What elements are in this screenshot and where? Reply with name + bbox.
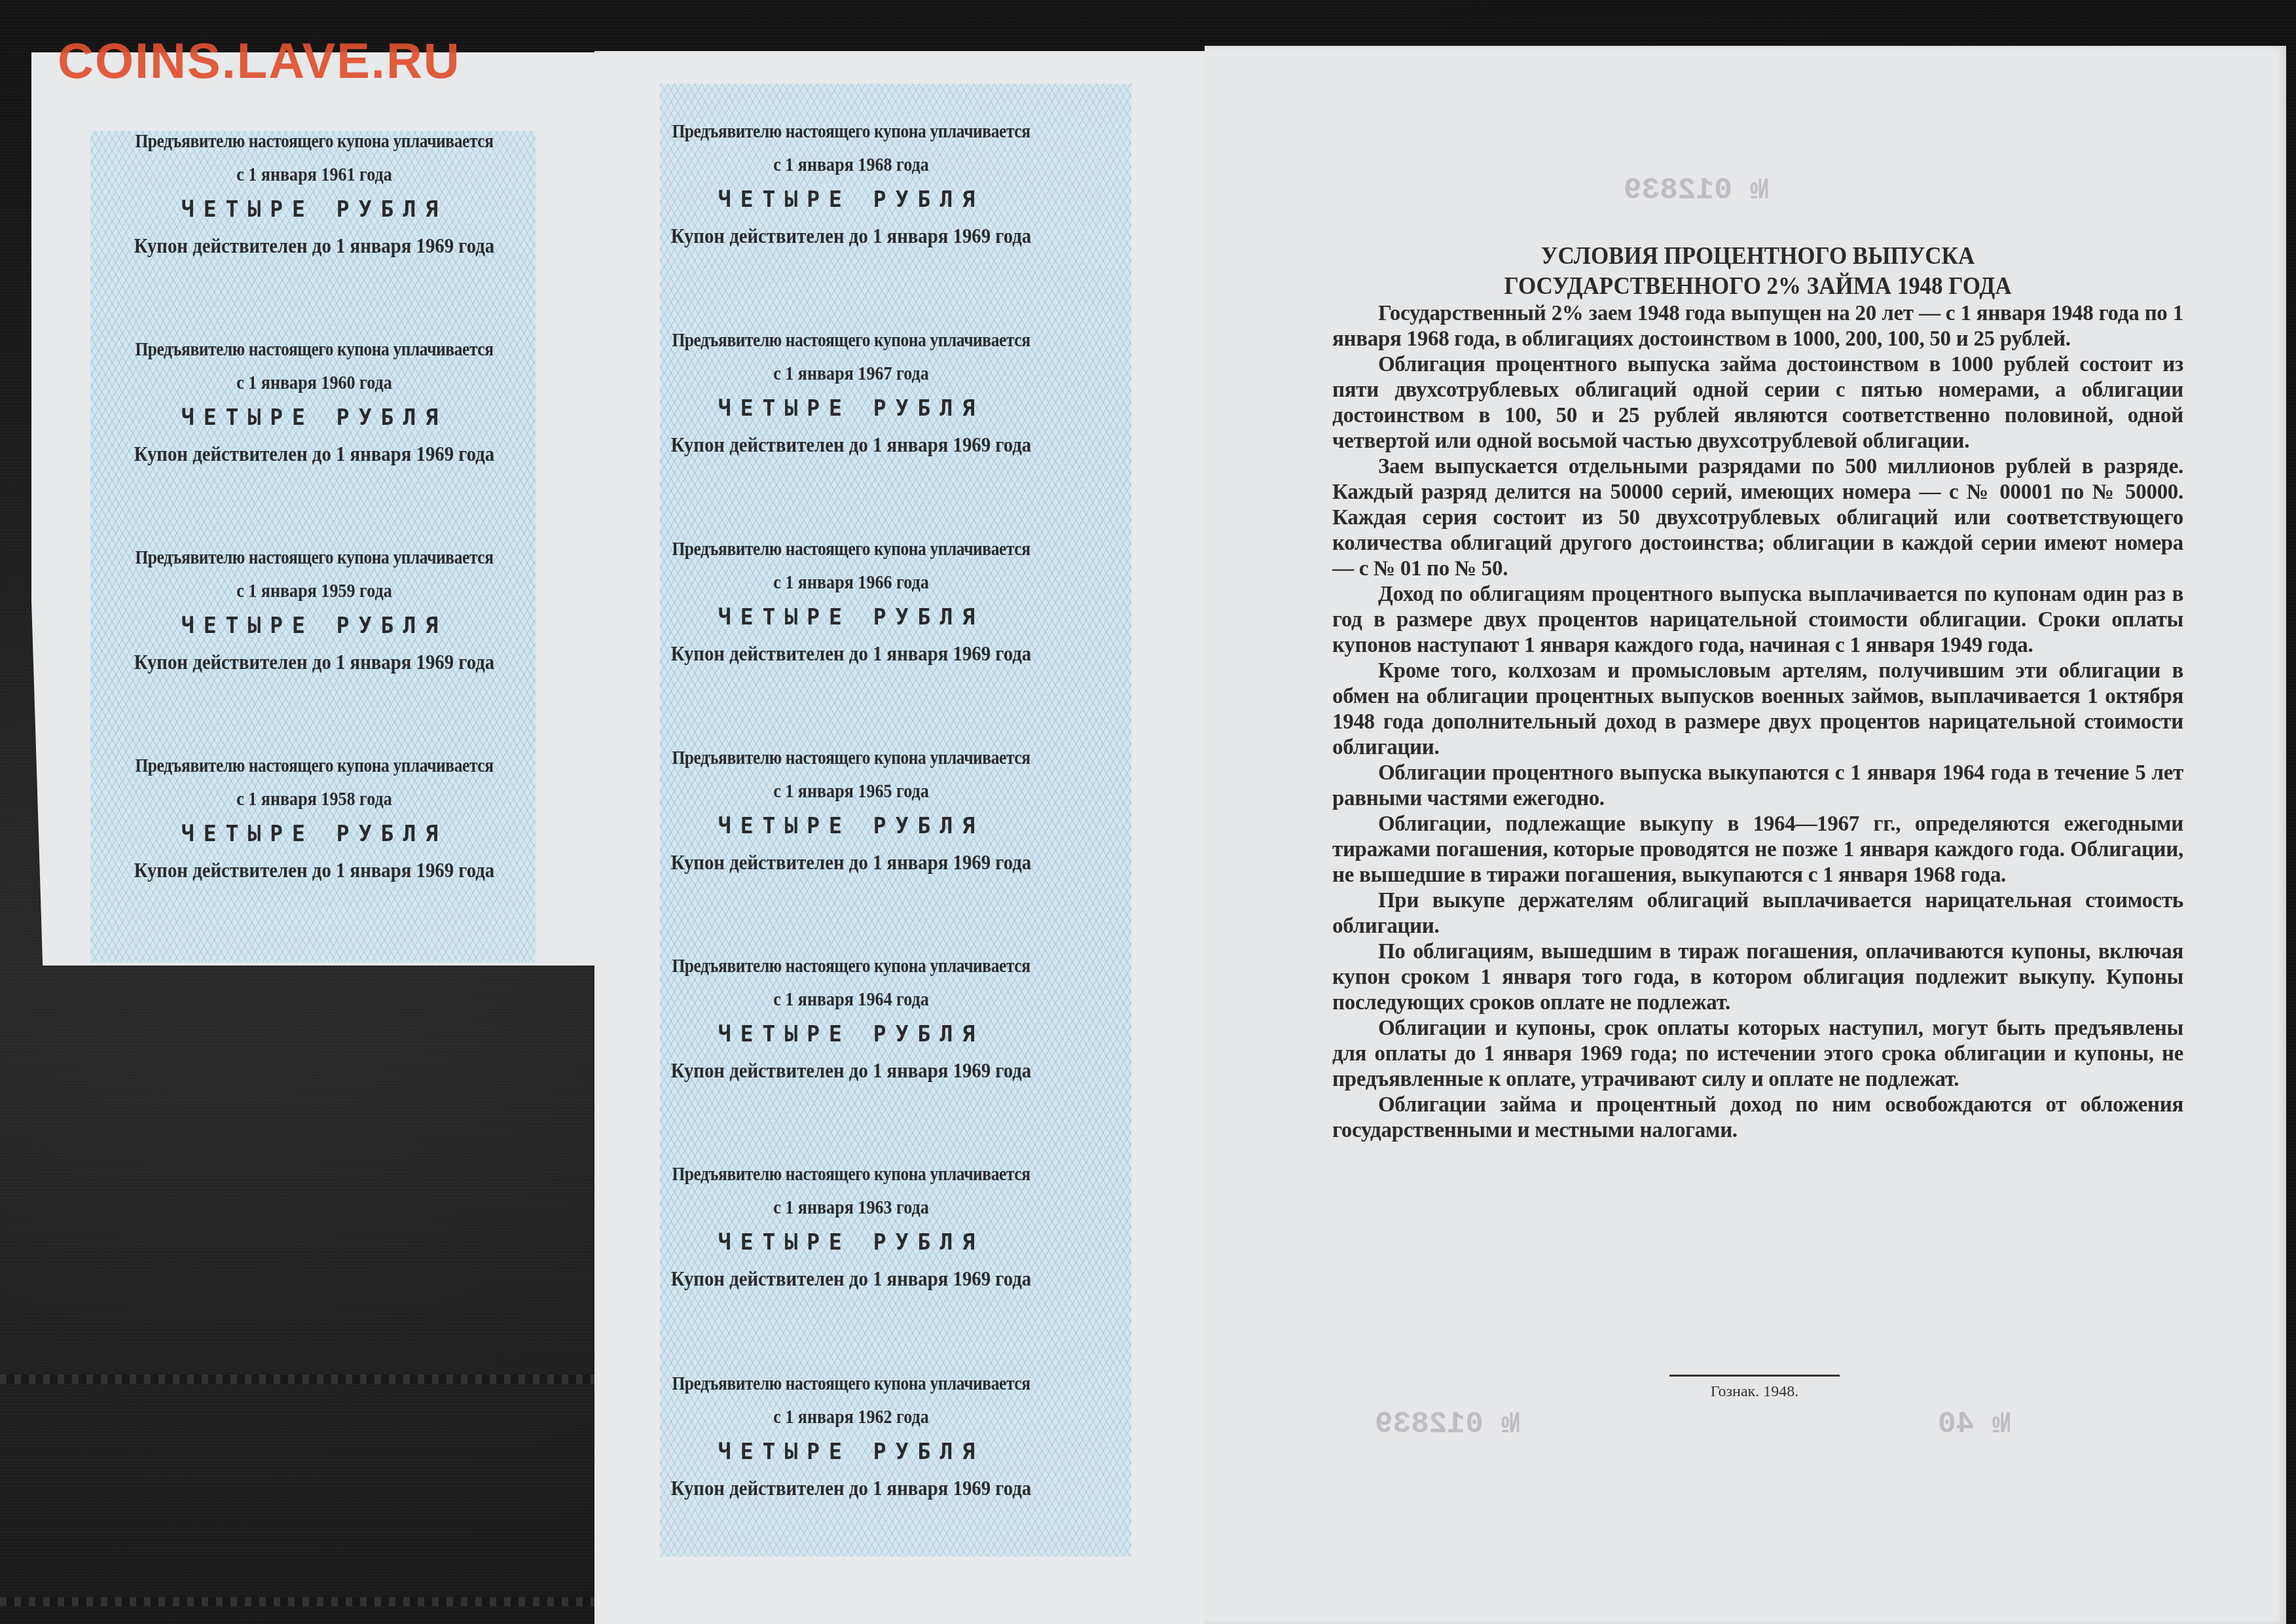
coupon-validity: Купон действителен до 1 января 1969 года — [90, 852, 538, 888]
coupon: Предъявителю настоящего купона уплачивае… — [65, 749, 563, 888]
terms-paragraph: Облигации и купоны, срок оплаты которых … — [1332, 1016, 2183, 1092]
coupon-date: с 1 января 1958 года — [90, 783, 538, 816]
coupon-validity: Купон действителен до 1 января 1969 года — [90, 644, 538, 679]
terms-paragraph: Заем выпускается отдельными разрядами по… — [1332, 454, 2183, 582]
coupon-bearer-text: Предъявителю настоящего купона уплачивае… — [632, 949, 1070, 983]
coupon: Предъявителю настоящего купона уплачивае… — [602, 323, 1100, 462]
coupon-validity: Купон действителен до 1 января 1969 года — [627, 218, 1075, 253]
coupon-bearer-text: Предъявителю настоящего купона уплачивае… — [632, 1367, 1070, 1401]
imprint-rule — [1669, 1375, 1840, 1377]
coupon-validity: Купон действителен до 1 января 1969 года — [90, 228, 538, 263]
coupon-date: с 1 января 1968 года — [627, 149, 1075, 181]
coupon-amount: ЧЕТЫРЕ РУБЛЯ — [65, 399, 563, 436]
coupon-validity: Купон действителен до 1 января 1969 года — [627, 1261, 1075, 1296]
coupon-amount: ЧЕТЫРЕ РУБЛЯ — [602, 1016, 1100, 1053]
coupon-bearer-text: Предъявителю настоящего купона уплачивае… — [96, 541, 534, 575]
background-stripe — [0, 1597, 655, 1606]
terms-paragraph: Облигации займа и процентный доход по ни… — [1332, 1092, 2183, 1144]
imprint: Гознак. 1948. — [1669, 1375, 1840, 1401]
coupon-date: с 1 января 1959 года — [90, 575, 538, 607]
coupon-bearer-text: Предъявителю настоящего купона уплачивае… — [632, 741, 1070, 775]
coupon-bearer-text: Предъявителю настоящего купона уплачивае… — [96, 749, 534, 783]
loan-terms: УСЛОВИЯ ПРОЦЕНТНОГО ВЫПУСКА ГОСУДАРСТВЕН… — [1332, 241, 2183, 1144]
coupon-amount: ЧЕТЫРЕ РУБЛЯ — [602, 390, 1100, 427]
terms-paragraph: Государственный 2% заем 1948 года выпуще… — [1332, 301, 2183, 352]
terms-title-line2: ГОСУДАРСТВЕННОГО 2% ЗАЙМА 1948 ГОДА — [1366, 271, 2149, 301]
coupon-date: с 1 января 1967 года — [627, 357, 1075, 390]
coupon-validity: Купон действителен до 1 января 1969 года — [627, 1053, 1075, 1088]
coupon-validity: Купон действителен до 1 января 1969 года — [627, 1470, 1075, 1506]
coupon-bearer-text: Предъявителю настоящего купона уплачивае… — [632, 115, 1070, 149]
coupon: Предъявителю настоящего купона уплачивае… — [65, 333, 563, 471]
coupon-bearer-text: Предъявителю настоящего купона уплачивае… — [96, 333, 534, 367]
terms-paragraph: Облигации, подлежащие выкупу в 1964—1967… — [1332, 812, 2183, 888]
coupon: Предъявителю настоящего купона уплачивае… — [602, 1157, 1100, 1296]
coupon-date: с 1 января 1964 года — [627, 983, 1075, 1016]
background-stripe — [0, 1375, 655, 1384]
coupon-date: с 1 января 1965 года — [627, 775, 1075, 808]
terms-paragraph: По облигациям, вышедшим в тираж погашени… — [1332, 939, 2183, 1016]
coupon-amount: ЧЕТЫРЕ РУБЛЯ — [65, 607, 563, 644]
coupon-amount: ЧЕТЫРЕ РУБЛЯ — [602, 181, 1100, 218]
coupon-date: с 1 января 1962 года — [627, 1401, 1075, 1434]
coupon: Предъявителю настоящего купона уплачивае… — [602, 1367, 1100, 1506]
terms-body: Государственный 2% заем 1948 года выпуще… — [1332, 301, 2183, 1144]
coupon-amount: ЧЕТЫРЕ РУБЛЯ — [602, 1224, 1100, 1261]
coupon: Предъявителю настоящего купона уплачивае… — [602, 949, 1100, 1088]
terms-paragraph: Доход по облигациям процентного выпуска … — [1332, 582, 2183, 659]
coupon-bearer-text: Предъявителю настоящего купона уплачивае… — [96, 124, 534, 158]
coupon-amount: ЧЕТЫРЕ РУБЛЯ — [602, 599, 1100, 636]
coupon-date: с 1 января 1963 года — [627, 1191, 1075, 1224]
serial-number-bottom-left: № 012839 — [1375, 1407, 1520, 1441]
coupon: Предъявителю настоящего купона уплачивае… — [602, 532, 1100, 671]
coupon-bearer-text: Предъявителю настоящего купона уплачивае… — [632, 532, 1070, 566]
site-watermark: COINS.LAVE.RU — [58, 33, 461, 90]
coupon-amount: ЧЕТЫРЕ РУБЛЯ — [65, 191, 563, 228]
coupon-amount: ЧЕТЫРЕ РУБЛЯ — [65, 816, 563, 852]
serial-number-top: № 012839 — [1624, 173, 1768, 208]
coupon-date: с 1 января 1961 года — [90, 158, 538, 191]
serial-number-bottom-right: № 40 — [1938, 1407, 2010, 1441]
terms-paragraph: Облигация процентного выпуска займа дост… — [1332, 352, 2183, 454]
terms-paragraph: При выкупе держателям облигаций выплачив… — [1332, 888, 2183, 939]
coupon-date: с 1 января 1960 года — [90, 367, 538, 399]
coupon-validity: Купон действителен до 1 января 1969 года — [627, 844, 1075, 880]
coupon-validity: Купон действителен до 1 января 1969 года — [627, 636, 1075, 671]
coupon-bearer-text: Предъявителю настоящего купона уплачивае… — [632, 1157, 1070, 1191]
coupon-date: с 1 января 1966 года — [627, 566, 1075, 599]
coupon-validity: Купон действителен до 1 января 1969 года — [90, 436, 538, 471]
coupon: Предъявителю настоящего купона уплачивае… — [65, 541, 563, 679]
coupon-amount: ЧЕТЫРЕ РУБЛЯ — [602, 808, 1100, 844]
terms-paragraph: Кроме того, колхозам и промысловым артел… — [1332, 659, 2183, 761]
coupon-validity: Купон действителен до 1 января 1969 года — [627, 427, 1075, 462]
coupon: Предъявителю настоящего купона уплачивае… — [602, 115, 1100, 253]
coupon: Предъявителю настоящего купона уплачивае… — [602, 741, 1100, 880]
coupon: Предъявителю настоящего купона уплачивае… — [65, 124, 563, 263]
coupon-bearer-text: Предъявителю настоящего купона уплачивае… — [632, 323, 1070, 357]
terms-paragraph: Облигации процентного выпуска выкупаются… — [1332, 761, 2183, 812]
imprint-text: Гознак. 1948. — [1669, 1383, 1840, 1401]
terms-title: УСЛОВИЯ ПРОЦЕНТНОГО ВЫПУСКА ГОСУДАРСТВЕН… — [1366, 241, 2149, 301]
coupon-amount: ЧЕТЫРЕ РУБЛЯ — [602, 1434, 1100, 1470]
terms-title-line1: УСЛОВИЯ ПРОЦЕНТНОГО ВЫПУСКА — [1366, 241, 2149, 271]
